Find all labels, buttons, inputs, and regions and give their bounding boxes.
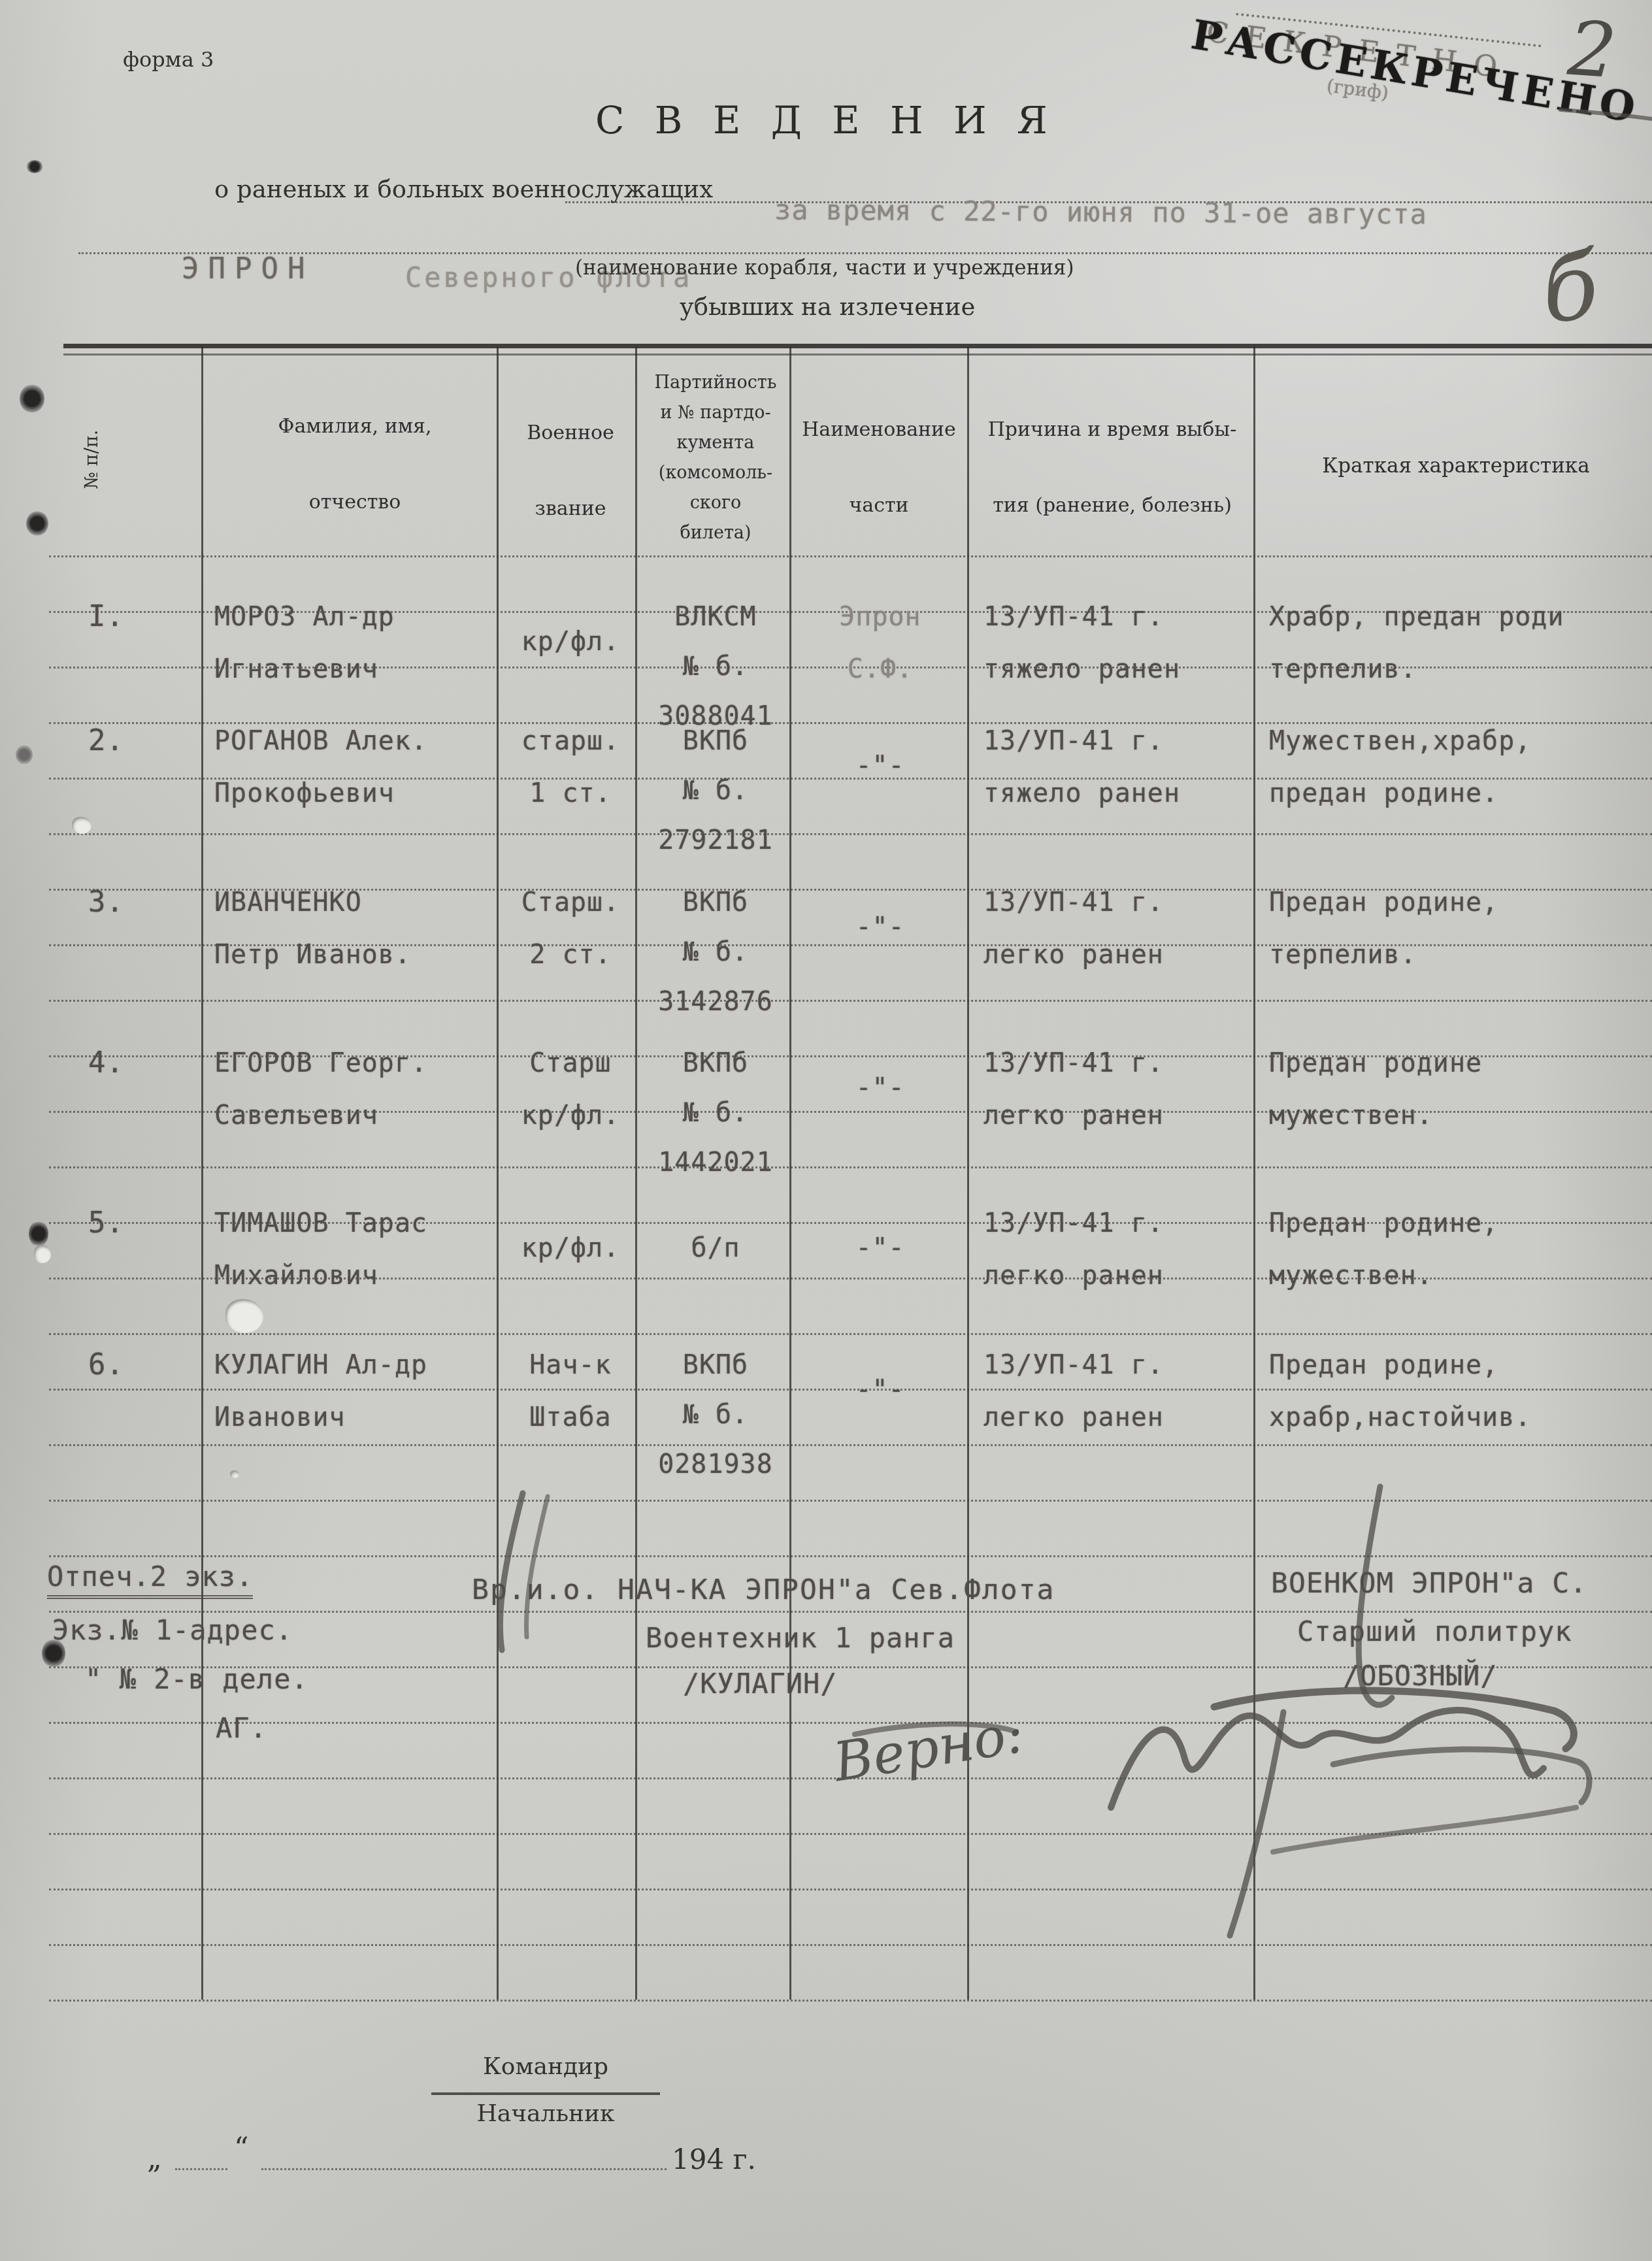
header-line: Партийность [643,368,788,398]
hole-punch [26,511,48,536]
text-line: терпелив. [1269,936,1652,988]
cell-unit: -"- [799,883,962,961]
text-line: мужествен. [1269,1097,1652,1149]
header-line: звание [508,491,633,527]
text-line: Игнатьевич [214,650,495,702]
cell-rank: кр/фл. [508,598,633,675]
text-line: -"- [799,1371,962,1423]
cell-party: ВКПб№ б.2792181 [644,722,787,871]
ruled-dotted-line [49,1722,1652,1724]
header-line: Краткая характеристика [1264,448,1647,484]
commander-label: Командир [444,2053,647,2080]
text-line: Иванович [214,1398,495,1451]
text-line: Петр Иванов. [214,936,495,988]
header-line: Причина и время выбы- [974,412,1251,448]
cell-number: 5. [88,1204,186,1257]
text-line: ТИМАШОВ Тарас [214,1204,495,1257]
acting-chief-rank: Воентехник 1 ранга [646,1622,955,1654]
signature-underline [1333,1749,1589,1802]
header-line: Военное [508,415,633,452]
cell-cause: 13/УП-41 г.легко ранен [983,1044,1250,1149]
header-line: тия (ранение, болезнь) [974,487,1251,524]
cell-characteristic: Храбр, предан родитерпелив. [1269,598,1652,702]
paper-tear [225,1299,263,1333]
commander-divider [431,2092,660,2095]
header-line: Наименование [795,412,963,448]
cell-number: 3. [88,883,186,936]
ruled-dotted-line [49,1889,1652,1890]
ruled-dotted-line [49,1944,1652,1946]
text-line: МОРОЗ Ал-др [214,598,495,650]
text-line: ИВАНЧЕНКО [214,883,495,936]
text-line: Михайлович [214,1257,495,1309]
ruled-dotted-line [49,1166,1652,1168]
text-line: Старш. [508,883,633,936]
cell-unit: -"- [799,722,962,799]
cell-number: 6. [88,1346,186,1398]
table-header: № п/п. Фамилия, имя, отчество Военное зв… [0,363,1652,559]
commissar-title: ВОЕНКОМ ЭПРОН"а С. [1271,1567,1587,1600]
paper-tear [230,1470,239,1478]
text-line: РОГАНОВ Алек. [214,722,495,774]
cell-rank: старш.1 ст. [508,722,633,827]
text-line: № б. [644,933,787,983]
date-day-line [175,2168,227,2170]
text-line: 13/УП-41 г. [983,1204,1250,1257]
column-line-4 [789,346,791,2000]
column-line-6 [1253,346,1255,2000]
header-line: (комсомоль- [643,458,788,488]
cell-number: 4. [88,1044,186,1097]
cell-name: ЕГОРОВ Георг.Савельевич [214,1044,495,1149]
text-line: -"- [799,1069,962,1121]
text-line: 3142876 [644,983,787,1032]
cell-party: ВКПб№ б.0281938 [644,1346,787,1495]
cell-characteristic: Предан родинемужествен. [1269,1044,1652,1149]
cell-party: ВКПб№ б.3142876 [644,883,787,1032]
cell-rank: Старшкр/фл. [508,1044,633,1149]
copies-note-line4: АГ. [216,1712,267,1744]
verified-label: Верно: [829,1703,1028,1794]
cell-unit: ЭпронС.Ф. [799,598,962,702]
text-line: 2. [88,722,186,774]
text-line: 4. [88,1044,186,1097]
unit-caption: (наименование корабля, части и учреждени… [575,256,1074,280]
date-open-quote: „ [147,2142,162,2175]
text-line: легко ранен [983,936,1250,988]
table-top-rule-2 [63,354,1652,355]
text-line: Прокофьевич [214,774,495,827]
text-line: ВЛКСМ [644,598,787,648]
ruled-dotted-line [49,833,1652,835]
copies-note-line3: " № 2-в деле. [85,1663,308,1695]
text-line: 2 ст. [508,936,633,988]
cell-characteristic: Предан родине,терпелив. [1269,883,1652,988]
paper-tear [34,1245,51,1263]
paper-tear [72,817,91,834]
header-line: кумента [643,428,788,458]
hole-punch [29,1221,48,1247]
copies-note-line2: Экз.№ 1-адрес. [52,1614,293,1646]
paper-blemish [26,160,43,173]
text-line: кр/фл. [508,1097,633,1149]
purpose-label: убывших на излечение [680,293,975,321]
acting-chief-name: /КУЛАГИН/ [683,1668,838,1700]
column-line-2 [497,346,499,2000]
commissar-rank: Старший политрук [1297,1615,1572,1647]
ruled-dotted-line [49,1833,1652,1835]
text-line: легко ранен [983,1398,1250,1451]
text-line: С.Ф. [799,650,962,702]
cell-cause: 13/УП-41 г.тяжело ранен [983,598,1250,702]
text-line: терпелив. [1269,650,1652,702]
handwritten-page-number: 2 [1565,5,1619,96]
cell-unit: -"- [799,1204,962,1281]
col-header-name: Фамилия, имя, отчество [214,408,495,521]
text-line: кр/фл. [508,623,633,675]
text-line: Старш [508,1044,633,1097]
cell-number: I. [88,598,186,650]
text-line: ВКПб [644,722,787,772]
col-header-party: Партийность и № партдо- кумента (комсомо… [643,368,788,548]
text-line: № б. [644,1396,787,1445]
cell-name: РОГАНОВ Алек.Прокофьевич [214,722,495,827]
header-line: ского [643,488,788,518]
col-header-cause: Причина и время выбы- тия (ранение, боле… [974,412,1251,524]
text-line: мужествен. [1269,1257,1652,1309]
text-line: 2792181 [644,821,787,871]
table-top-rule [63,344,1652,348]
text-line: I. [88,598,186,650]
ruled-dotted-line [49,1555,1652,1557]
text-line: Штаба [508,1398,633,1451]
cell-name: ТИМАШОВ ТарасМихайлович [214,1204,495,1309]
date-month-line [261,2168,667,2170]
form-label: форма 3 [123,47,214,72]
cell-party: б/п [644,1204,787,1279]
text-line: № б. [644,1094,787,1144]
cell-name: КУЛАГИН Ал-дрИванович [214,1346,495,1451]
cell-party: ВКПб№ б.1442021 [644,1044,787,1193]
cell-characteristic: Предан родине,храбр,настойчив. [1269,1346,1652,1451]
ruled-dotted-line [49,1611,1652,1613]
cell-rank: кр/фл. [508,1204,633,1281]
column-line-1 [201,346,203,2000]
text-line: 13/УП-41 г. [983,1044,1250,1097]
ruled-dotted-line [49,1000,1652,1002]
unit-dotted-line [78,252,1652,254]
cell-cause: 13/УП-41 г.тяжело ранен [983,722,1250,827]
text-line: старш. [508,722,633,774]
text-line: Савельевич [214,1097,495,1149]
col-header-unit: Наименование части [795,412,963,524]
header-line: отчество [214,484,495,521]
col-header-number: № п/п. [73,420,110,499]
cell-rank: Старш.2 ст. [508,883,633,988]
text-line: Храбр, предан роди [1269,598,1652,650]
text-line: ВКПб [644,1044,787,1094]
text-line: Нач-к [508,1346,633,1398]
col-header-rank: Военное звание [508,415,633,527]
text-line: Предан родине, [1269,883,1652,936]
text-line: Эпрон [799,598,962,650]
text-line: ВКПб [644,1346,787,1396]
signature-flourish [1273,1807,1576,1852]
cell-unit: -"- [799,1044,962,1121]
copies-note-line1: Отпеч.2 экз. [47,1560,253,1599]
chief-label: Начальник [444,2100,647,2127]
signature [1111,1710,1544,1807]
text-line: храбр,настойчив. [1269,1398,1652,1451]
text-line: 13/УП-41 г. [983,722,1250,774]
text-line: № б. [644,772,787,821]
text-line: б/п [644,1229,787,1279]
text-line: -"- [799,908,962,961]
cell-cause: 13/УП-41 г.легко ранен [983,1346,1250,1451]
text-line: 3. [88,883,186,936]
text-line: 5. [88,1204,186,1257]
text-line: тяжело ранен [983,650,1250,702]
pencil-slash [526,1496,548,1637]
text-line: 1 ст. [508,774,633,827]
cell-number: 2. [88,722,186,774]
subtitle: о раненых и больных военнослужащих [214,175,713,203]
ruled-dotted-line [49,1500,1652,1502]
cell-characteristic: Мужествен,храбр,предан родине. [1269,722,1652,827]
acting-chief-title: Вр.и.о. НАЧ-КА ЭПРОН"а Сев.Флота [472,1574,1055,1606]
text-line: Предан родине, [1269,1204,1652,1257]
signature [1214,1691,1574,1749]
text-line: 13/УП-41 г. [983,883,1250,936]
handwritten-margin-mark: б [1537,233,1604,344]
text-line: 6. [88,1346,186,1398]
hole-punch [20,384,44,413]
date-close-quote: “ [234,2132,249,2165]
commissar-name: /ОБОЗНЫЙ/ [1343,1660,1498,1692]
text-line: 0281938 [644,1445,787,1495]
text-line: предан родине. [1269,774,1652,827]
text-line: тяжело ранен [983,774,1250,827]
text-line: Предан родине, [1269,1346,1652,1398]
column-line-3 [635,346,637,2000]
header-line: части [795,487,963,524]
hole-punch [42,1639,65,1668]
unit-typed: ЭПРОН [182,252,314,286]
cell-name: МОРОЗ Ал-дрИгнатьевич [214,598,495,702]
header-line: Фамилия, имя, [214,408,495,445]
text-line: 13/УП-41 г. [983,598,1250,650]
period-typed: за время с 22-го июня по 31-ое августа [774,194,1427,231]
text-line: 1442021 [644,1144,787,1193]
cell-name: ИВАНЧЕНКОПетр Иванов. [214,883,495,988]
paper-blemish [16,745,33,765]
text-line: легко ранен [983,1097,1250,1149]
text-line: ЕГОРОВ Георг. [214,1044,495,1097]
signature-descender [1230,1712,1283,1936]
ruled-dotted-line [49,2000,1652,2002]
cell-rank: Нач-кШтаба [508,1346,633,1451]
text-line: легко ранен [983,1257,1250,1309]
cell-characteristic: Предан родине,мужествен. [1269,1204,1652,1309]
cell-unit: -"- [799,1346,962,1423]
text-line: -"- [799,1229,962,1281]
year-label: 194 г. [672,2143,756,2175]
text-line: Предан родине [1269,1044,1652,1097]
cell-cause: 13/УП-41 г.легко ранен [983,883,1250,988]
cell-cause: 13/УП-41 г.легко ранен [983,1204,1250,1309]
text-line: ВКПб [644,883,787,933]
text-line: КУЛАГИН Ал-др [214,1346,495,1398]
text-line: кр/фл. [508,1229,633,1281]
text-line: 13/УП-41 г. [983,1346,1250,1398]
text-line: № б. [644,648,787,697]
header-line: и № партдо- [643,398,788,428]
header-line: билета) [643,518,788,548]
col-header-characteristic: Краткая характеристика [1264,448,1647,484]
page-title: С В Е Д Е Н И Я [0,98,1652,142]
text-line: -"- [799,747,962,799]
pencil-slash [500,1493,523,1650]
text-line: Мужествен,храбр, [1269,722,1652,774]
ruled-dotted-line [49,1333,1652,1335]
